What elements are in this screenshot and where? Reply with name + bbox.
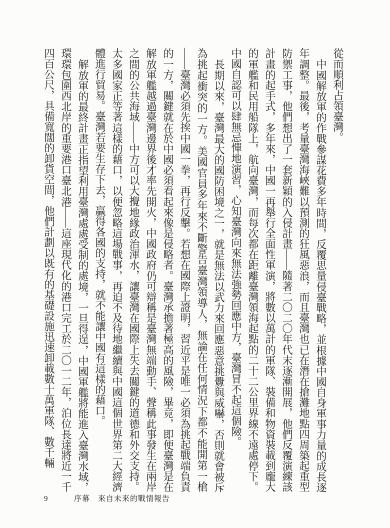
vertical-text-block: 從而順利占領臺灣。 中國解放軍的作戰參謀花費多年時間，反覆思量侵臺戰略，並根據中… (40, 48, 346, 492)
paragraph-continuation: 從而順利占領臺灣。 (329, 48, 346, 492)
book-page: 從而順利占領臺灣。 中國解放軍的作戰參謀花費多年時間，反覆思量侵臺戰略，並根據中… (0, 0, 390, 528)
chapter-label: 序幕 (74, 493, 90, 504)
running-title: 來自未來的戰情報告 (98, 493, 170, 504)
page-footer: 9 序幕 來自未來的戰情報告 (44, 493, 170, 504)
paragraph: 解放軍的最終計畫正指望利用臺灣處處受制的處境，一旦得逞，中國軍艦將能進入臺灣水域… (40, 48, 91, 492)
page-number: 9 (44, 494, 74, 503)
paragraph: 長期以來，臺灣最大的國防困境之一，就是無法以武力來回應惡意挑釁與威嚇，否則就會被… (91, 48, 227, 492)
paragraph: 中國解放軍的作戰參謀花費多年時間，反覆思量侵臺戰略，並根據中國自身軍事力量的成長… (227, 48, 329, 492)
